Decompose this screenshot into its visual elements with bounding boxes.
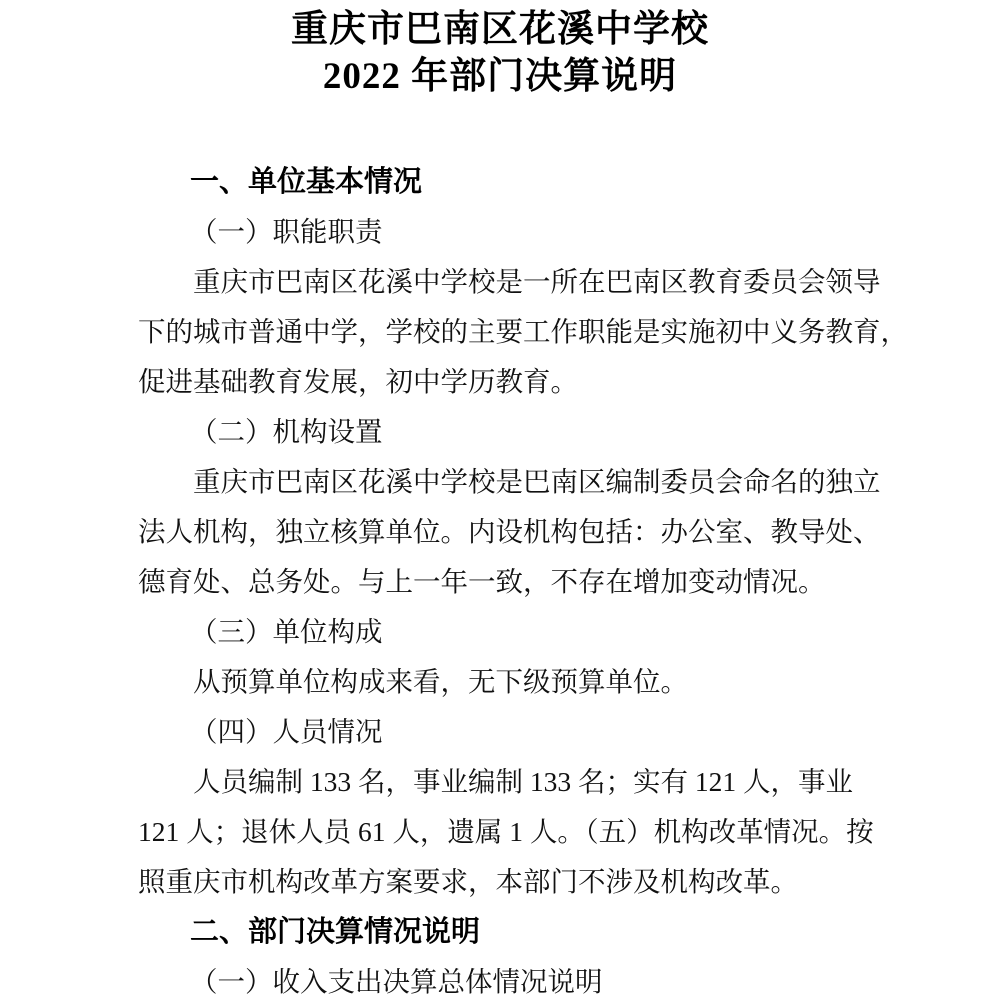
document-body: 一、单位基本情况 （一）职能职责 重庆市巴南区花溪中学校是一所在巴南区教育委员会… <box>138 157 886 1003</box>
section-heading-final-accounts: 二、部门决算情况说明 <box>138 907 886 957</box>
paragraph-line: 从预算单位构成来看，无下级预算单位。 <box>138 657 886 707</box>
paragraph-line: 德育处、总务处。与上一年一致，不存在增加变动情况。 <box>138 557 886 607</box>
subsection-heading-personnel: （四）人员情况 <box>138 707 886 757</box>
document-page: 重庆市巴南区花溪中学校 2022 年部门决算说明 一、单位基本情况 （一）职能职… <box>0 0 1000 1003</box>
paragraph-duties: 重庆市巴南区花溪中学校是一所在巴南区教育委员会领导 下的城市普通中学，学校的主要… <box>138 257 886 407</box>
paragraph-line: 重庆市巴南区花溪中学校是巴南区编制委员会命名的独立 <box>138 457 886 507</box>
paragraph-line: 法人机构，独立核算单位。内设机构包括：办公室、教导处、 <box>138 507 886 557</box>
paragraph-organization: 重庆市巴南区花溪中学校是巴南区编制委员会命名的独立 法人机构，独立核算单位。内设… <box>138 457 886 607</box>
section-heading-unit-basic-info: 一、单位基本情况 <box>138 157 886 207</box>
paragraph-line: 人员编制 133 名，事业编制 133 名；实有 121 人，事业 <box>138 757 886 807</box>
paragraph-line: 重庆市巴南区花溪中学校是一所在巴南区教育委员会领导 <box>138 257 886 307</box>
subsection-heading-organization: （二）机构设置 <box>138 407 886 457</box>
subsection-heading-duties: （一）职能职责 <box>138 207 886 257</box>
document-title: 重庆市巴南区花溪中学校 2022 年部门决算说明 <box>0 6 1000 100</box>
paragraph-unit-composition: 从预算单位构成来看，无下级预算单位。 <box>138 657 886 707</box>
subsection-heading-income-expenditure: （一）收入支出决算总体情况说明 <box>138 957 886 1003</box>
paragraph-line: 下的城市普通中学，学校的主要工作职能是实施初中义务教育， <box>138 307 886 357</box>
document-title-line-1: 重庆市巴南区花溪中学校 <box>0 6 1000 53</box>
paragraph-line: 照重庆市机构改革方案要求，本部门不涉及机构改革。 <box>138 857 886 907</box>
paragraph-line: 121 人；退休人员 61 人，遗属 1 人。（五）机构改革情况。按 <box>138 807 886 857</box>
paragraph-line: 促进基础教育发展，初中学历教育。 <box>138 357 886 407</box>
document-title-line-2: 2022 年部门决算说明 <box>0 53 1000 100</box>
subsection-heading-unit-composition: （三）单位构成 <box>138 607 886 657</box>
paragraph-personnel: 人员编制 133 名，事业编制 133 名；实有 121 人，事业 121 人；… <box>138 757 886 907</box>
